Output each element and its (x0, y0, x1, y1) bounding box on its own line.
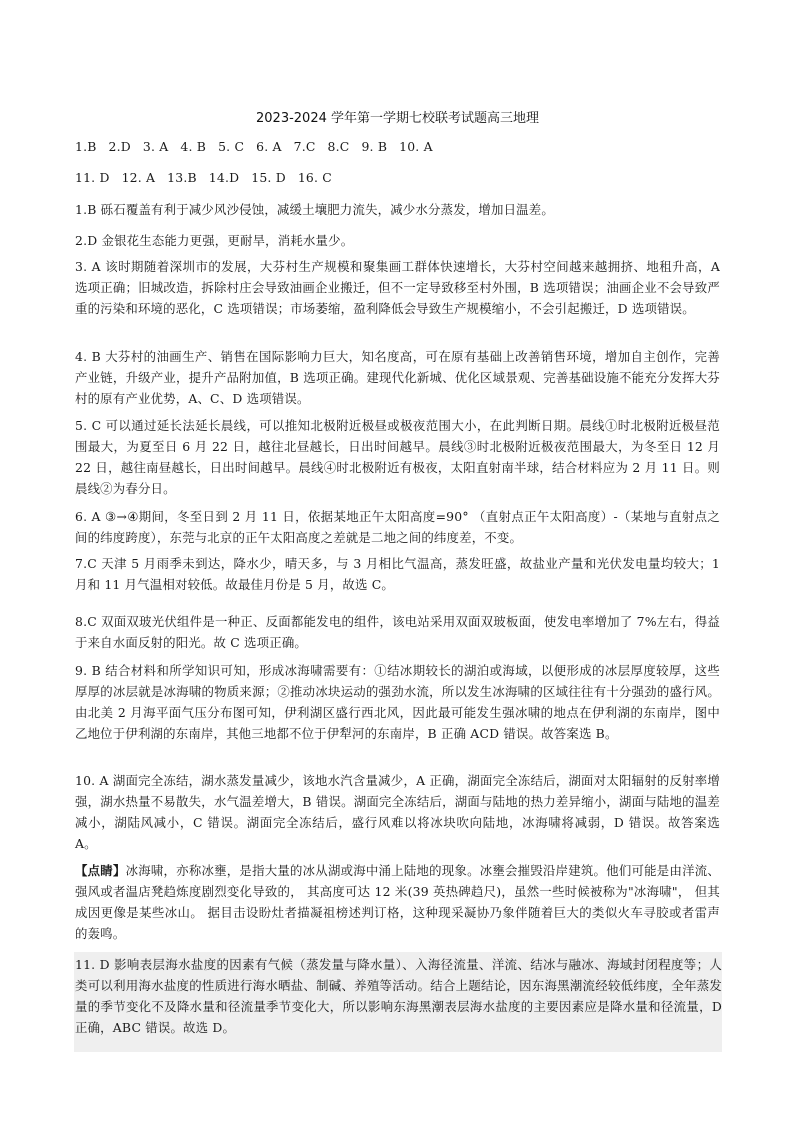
explanation-q8: 8.C 双面双玻光伏组件是一种正、反面都能发电的组件，该电站采用双面双玻板面，使… (75, 611, 720, 653)
tip-label: 【点睛】 (75, 863, 126, 878)
answer: 1.B (75, 139, 97, 154)
answer: 5. C (218, 139, 244, 154)
tip-paragraph: 【点睛】冰海啸，亦称冰壅，是指大量的冰从湖或海中涌上陆地的现象。冰壅会摧毁沿岸建… (75, 860, 720, 944)
answer-key-row-1: 1.B2.D3. A4. B5. C6. A7.C8.C9. B10. A (75, 136, 720, 157)
explanation-q3: 3. A 该时期随着深圳市的发展，大芬村生产规模和聚集画工群体快速增长，大芬村空… (75, 256, 720, 319)
explanation-q4: 4. B 大芬村的油画生产、销售在国际影响力巨大，知名度高，可在原有基础上改善销… (75, 346, 720, 409)
answer: 14.D (209, 170, 239, 185)
explanation-q9: 9. B 结合材料和所学知识可知，形成冰海啸需要有：①结冰期较长的湖泊或海域，以… (75, 660, 720, 744)
answer: 16. C (298, 170, 332, 185)
answer: 15. D (251, 170, 286, 185)
explanation-q7: 7.C 天津 5 月雨季未到达，降水少，晴天多，与 3 月相比气温高，蒸发旺盛，… (75, 553, 720, 595)
answer: 9. B (361, 139, 387, 154)
answer: 8.C (328, 139, 350, 154)
answer-key-row-2: 11. D12. A13.B14.D15. D16. C (75, 167, 720, 188)
answer: 13.B (167, 170, 197, 185)
answer: 2.D (109, 139, 131, 154)
answer: 3. A (143, 139, 169, 154)
explanation-q11-highlighted: 11. D 影响表层海水盐度的因素有气候（蒸发量与降水量）、入海径流量、洋流、结… (74, 952, 722, 1052)
answer: 11. D (75, 170, 110, 185)
answer: 7.C (294, 139, 316, 154)
answer: 4. B (180, 139, 206, 154)
explanation-q1: 1.B 砾石覆盖有利于减少风沙侵蚀，减缓土壤肥力流失，减少水分蒸发，增加日温差。 (75, 199, 720, 220)
tip-text: 冰海啸，亦称冰壅，是指大量的冰从湖或海中涌上陆地的现象。冰壅会摧毁沿岸建筑。他们… (75, 863, 720, 941)
explanation-q6: 6. A ③→④期间，冬至日到 2 月 11 日，依据某地正午太阳高度=90° … (75, 506, 720, 548)
answer: 12. A (122, 170, 156, 185)
explanation-q5: 5. C 可以通过延长法延长晨线，可以推知北极附近极昼或极夜范围大小，在此判断日… (75, 415, 720, 499)
explanation-q2: 2.D 金银花生态能力更强，更耐旱，消耗水量少。 (75, 230, 720, 251)
page-title: 2023-2024 学年第一学期七校联考试题高三地理 (75, 107, 720, 126)
answer: 10. A (399, 139, 433, 154)
explanation-q10: 10. A 湖面完全冻结，湖水蒸发量减少，该地水汽含量减少，A 正确，湖面完全冻… (75, 770, 720, 854)
answer: 6. A (256, 139, 282, 154)
